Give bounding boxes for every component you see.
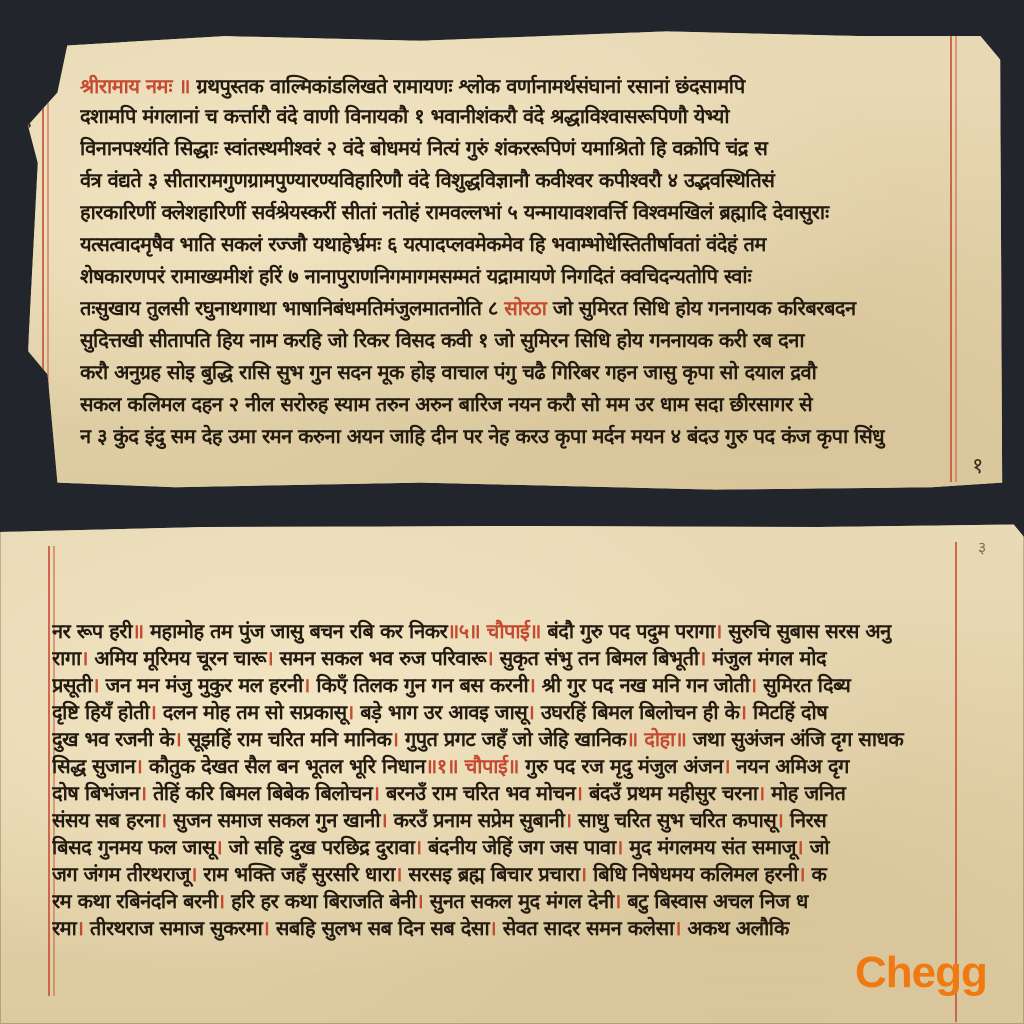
line-text: दुख भव रजनी के — [52, 727, 174, 751]
rubric-danda: । — [215, 835, 222, 859]
manuscript-line: र्वत्र वंद्यते ३ सीतारामगुणग्रामपुण्यारण… — [80, 166, 956, 194]
rubric-danda: । — [416, 889, 423, 913]
line-text: न ३ कुंद इंदु सम देह उमा रमन करुना अयन ज… — [80, 424, 884, 448]
line-text: दोष बिभंजन — [52, 781, 139, 805]
rubric-danda: । — [723, 754, 730, 778]
line-text: जो सहि दुख परछिद्र दुरावा — [229, 835, 415, 859]
line-text: अमिय मूरिमय चूरन चारू — [94, 646, 266, 670]
rubric-danda: । — [81, 646, 88, 670]
left-margin-rule — [42, 36, 44, 476]
line-text: जन मन मंजु मुकुर मल हरनी — [106, 673, 303, 697]
manuscript-line: यत्सत्वादमृषैव भाति सकलं रज्जौ यथाहेर्भ्… — [80, 230, 956, 258]
line-text: बरनउँ राम चरित भव मोचन — [386, 781, 575, 805]
rubric-danda: । — [262, 916, 269, 940]
rubric-danda: । — [266, 646, 273, 670]
manuscript-line: दुख भव रजनी के। सूझहिं राम चरित मनि मानि… — [52, 726, 952, 753]
rubric-danda: । — [580, 862, 587, 886]
line-text: जथा सुअंजन अंजि दृग साधक — [693, 727, 903, 751]
manuscript-line: सिद्ध सुजान। कौतुक देखत सैल बन भूतल भूरि… — [52, 753, 952, 780]
line-text: विनानपश्यंति सिद्धाः स्वांतस्थमीश्वरं २ … — [80, 136, 767, 160]
manuscript-line: जग जंगम तीरथराजू। राम भक्ति जहँ सुरसरि ध… — [52, 861, 952, 888]
rubric-danda: । — [92, 673, 99, 697]
line-text: र्वत्र वंद्यते ३ सीतारामगुणग्रामपुण्यारण… — [80, 168, 774, 192]
line-text: जग जंगम तीरथराजू — [52, 862, 190, 886]
line-text: संसय सब हरना — [52, 808, 160, 832]
line-text: बंदौ गुरु पद पदुम परागा — [547, 619, 714, 643]
rubric-danda: ॥ — [529, 619, 540, 643]
line-text: मोह जनित — [771, 781, 845, 805]
rubric-danda: । — [798, 862, 805, 886]
rubric-verse-number: ॥१॥ — [425, 754, 458, 778]
line-text: शेषकारणपरं रामाख्यमीशं हरिं ७ नानापुराणन… — [80, 264, 751, 288]
line-text: किएँ तिलक गुन गन बस करनी — [316, 673, 528, 697]
rubric-danda: । — [395, 862, 402, 886]
line-text: जो — [810, 835, 830, 859]
rubric-danda: । — [303, 673, 310, 697]
line-text: हरि हर कथा बिराजति बेनी — [231, 889, 416, 913]
rubric-danda: । — [391, 727, 398, 751]
left-margin-rule-inner — [47, 36, 49, 476]
line-text: रमा — [52, 916, 76, 940]
line-text: हारकारिणीं क्लेशहारिणीं सर्वश्रेयस्करीं … — [80, 200, 829, 224]
rubric-verse-number: ॥५॥ — [447, 619, 480, 643]
rubric-danda: । — [758, 781, 765, 805]
line-text: बड़े भाग उर आवइ जासू — [360, 700, 527, 724]
rubric-danda: । — [699, 646, 706, 670]
manuscript-line: बिसद गुनमय फल जासू। जो सहि दुख परछिद्र द… — [52, 834, 952, 861]
rubric-doha: दोहा — [644, 727, 675, 751]
manuscript-line: हारकारिणीं क्लेशहारिणीं सर्वश्रेयस्करीं … — [80, 198, 956, 226]
line-text: तीरथराज समाज सुकरमा — [90, 916, 262, 940]
line-text: बिधि निषेधमय कलिमल हरनी — [593, 862, 798, 886]
line-text: तःसुखाय तुलसी रघुनाथगाथा भाषानिबंधमतिमंज… — [80, 296, 498, 320]
rubric-danda: । — [135, 754, 142, 778]
rubric-danda: । — [347, 700, 354, 724]
manuscript-line: रम कथा रबिनंदनि बरनी। हरि हर कथा बिराजति… — [52, 888, 952, 915]
rubric-danda: । — [489, 916, 496, 940]
rubric-danda: । — [76, 916, 83, 940]
line-text: सुदित्तखी सीतापति हिय नाम करहि जो रिकर व… — [80, 328, 804, 352]
rubric-danda: । — [380, 808, 387, 832]
line-text: श्री गुर पद नख मनि गन जोती — [542, 673, 750, 697]
line-text: करौ अनुग्रह सोइ बुद्धि रासि सुभ गुन सदन … — [80, 360, 816, 384]
folio-margin-number: १ — [22, 104, 33, 134]
chegg-watermark-logo: Chegg — [855, 948, 987, 998]
line-text: सिद्ध सुजान — [52, 754, 135, 778]
line-text: दलन मोह तम सो सप्रकासू — [163, 700, 347, 724]
rubric-chaupai: चौपाई — [487, 619, 530, 643]
line-text: निरस — [790, 808, 826, 832]
rubric-danda: । — [372, 781, 379, 805]
rubric-danda: । — [486, 646, 493, 670]
line-text: अकथ अलौकि — [687, 916, 788, 940]
line-text: गुरु पद रज मृदु मंजुल अंजन — [525, 754, 723, 778]
line-text: मिटहिं दोष — [753, 700, 827, 724]
rubric-danda: । — [776, 808, 783, 832]
rubric-danda: । — [564, 808, 571, 832]
manuscript-folio-top: १ १ श्रीरामाय नमः ॥ ग्रथपुस्तक वाल्मिकां… — [28, 22, 1010, 492]
manuscript-line: करौ अनुग्रह सोइ बुद्धि रासि सुभ गुन सदन … — [80, 358, 956, 386]
rubric-danda: ॥ — [675, 727, 686, 751]
rubric-danda: । — [160, 808, 167, 832]
rubric-danda: । — [739, 700, 746, 724]
manuscript-line: विनानपश्यंति सिद्धाः स्वांतस्थमीश्वरं २ … — [80, 134, 956, 162]
rubric-danda: । — [715, 619, 722, 643]
manuscript-line: रमा। तीरथराज समाज सुकरमा। सबहि सुलभ सब द… — [52, 915, 952, 942]
rubric-danda: । — [614, 889, 621, 913]
line-text: यत्सत्वादमृषैव भाति सकलं रज्जौ यथाहेर्भ्… — [80, 232, 766, 256]
folio-page-number: १ — [972, 450, 983, 480]
line-text: बंदउँ प्रथम महीसुर चरना — [589, 781, 758, 805]
manuscript-line: श्रीरामाय नमः ॥ ग्रथपुस्तक वाल्मिकांडलिख… — [80, 72, 956, 100]
line-text: ग्रथपुस्तक वाल्मिकांडलिखते रामायणः श्लोक… — [196, 74, 744, 98]
line-text: नर रूप हरी — [52, 619, 132, 643]
line-text: महामोह तम पुंज जासु बचन रबि कर निकर — [150, 619, 447, 643]
line-text: क — [812, 862, 827, 886]
rubric-invocation: श्रीरामाय नमः ॥ — [80, 74, 190, 98]
line-text: समन सकल भव रुज परिवारू — [280, 646, 486, 670]
manuscript-line: सकल कलिमल दहन २ नील सरोरुह स्याम तरुन अर… — [80, 390, 956, 418]
line-text: सकल कलिमल दहन २ नील सरोरुह स्याम तरुन अर… — [80, 392, 812, 416]
line-text: सरसइ ब्रह्म बिचार प्रचारा — [408, 862, 579, 886]
rubric-soratha: सोरठा — [504, 296, 546, 320]
manuscript-line: दोष बिभंजन। तेहिं करि बिमल बिबेक बिलोचन।… — [52, 780, 952, 807]
manuscript-line: तःसुखाय तुलसी रघुनाथगाथा भाषानिबंधमतिमंज… — [80, 294, 956, 322]
manuscript-line: शेषकारणपरं रामाख्यमीशं हरिं ७ नानापुराणन… — [80, 262, 956, 290]
rubric-danda: । — [528, 673, 535, 697]
line-text: बंदनीय जेहिं जग जस पावा — [428, 835, 616, 859]
line-text: उघरहिं बिमल बिलोचन ही के — [541, 700, 740, 724]
line-text: प्रसूती — [52, 673, 92, 697]
line-text: रागा — [52, 646, 81, 670]
line-text: सुजन समाज सकल गुन खानी — [173, 808, 380, 832]
line-text: सूझहिं राम चरित मनि मानिक — [188, 727, 392, 751]
rubric-danda: ॥ — [507, 754, 518, 778]
rubric-danda: । — [174, 727, 181, 751]
folio-page-number: ३ — [978, 536, 986, 558]
line-text: सेवत सादर समन कलेसा — [503, 916, 674, 940]
manuscript-line: रागा। अमिय मूरिमय चूरन चारू। समन सकल भव … — [52, 645, 952, 672]
manuscript-line: नर रूप हरी॥ महामोह तम पुंज जासु बचन रबि … — [52, 618, 952, 645]
line-text: सुकृत संभु तन बिमल बिभूती — [500, 646, 699, 670]
rubric-danda: । — [575, 781, 582, 805]
line-text: नयन अमिअ दृग — [737, 754, 849, 778]
line-text: कौतुक देखत सैल बन भूतल भूरि निधान — [149, 754, 425, 778]
rubric-danda: । — [616, 835, 623, 859]
manuscript-line: प्रसूती। जन मन मंजु मुकुर मल हरनी। किएँ … — [52, 672, 952, 699]
line-text: बिसद गुनमय फल जासू — [52, 835, 215, 859]
rubric-danda: । — [750, 673, 757, 697]
rubric-danda: ॥ — [132, 619, 143, 643]
left-margin-rule — [48, 546, 50, 996]
manuscript-line: न ३ कुंद इंदु सम देह उमा रमन करुना अयन ज… — [80, 422, 956, 450]
line-text: करउँ प्रनाम सप्रेम सुबानी — [394, 808, 565, 832]
rubric-danda: । — [149, 700, 156, 724]
line-text: मुद मंगलमय संत समाजू — [629, 835, 796, 859]
line-text: बटु बिस्वास अचल निज ध — [627, 889, 808, 913]
rubric-danda: ॥ — [626, 727, 637, 751]
manuscript-line: संसय सब हरना। सुजन समाज सकल गुन खानी। कर… — [52, 807, 952, 834]
manuscript-line: सुदित्तखी सीतापति हिय नाम करहि जो रिकर व… — [80, 326, 956, 354]
rubric-danda: । — [527, 700, 534, 724]
line-text: तेहिं करि बिमल बिबेक बिलोचन — [153, 781, 372, 805]
line-text: साधु चरित सुभ चरित कपासू — [578, 808, 776, 832]
rubric-chaupai: चौपाई — [465, 754, 508, 778]
line-text: सुरुचि सुबास सरस अनु — [728, 619, 891, 643]
line-text: मंजुल मंगल मोद — [712, 646, 826, 670]
line-text: राम भक्ति जहँ सुरसरि धारा — [203, 862, 394, 886]
line-text: सुनत सकल मुद मंगल देनी — [430, 889, 614, 913]
rubric-danda: । — [796, 835, 803, 859]
rubric-danda: । — [190, 862, 197, 886]
rubric-danda: । — [674, 916, 681, 940]
line-text: सबहि सुलभ सब दिन सब देसा — [276, 916, 489, 940]
rubric-danda: । — [414, 835, 421, 859]
line-text: दशामपि मंगलानां च कर्त्तारौ वंदे वाणी वि… — [80, 104, 729, 128]
manuscript-line: दृष्टि हियँ होती। दलन मोह तम सो सप्रकासू… — [52, 699, 952, 726]
rubric-danda: । — [139, 781, 146, 805]
line-text: दृष्टि हियँ होती — [52, 700, 149, 724]
line-text: गुपुत प्रगट जहँ जो जेहि खानिक — [405, 727, 626, 751]
line-text: जो सुमिरत सिधि होय गननायक करिबरबदन — [553, 296, 856, 320]
rubric-danda: । — [218, 889, 225, 913]
line-text: सुमिरत दिब्य — [763, 673, 850, 697]
line-text: रम कथा रबिनंदनि बरनी — [52, 889, 218, 913]
manuscript-line: दशामपि मंगलानां च कर्त्तारौ वंदे वाणी वि… — [80, 102, 956, 130]
